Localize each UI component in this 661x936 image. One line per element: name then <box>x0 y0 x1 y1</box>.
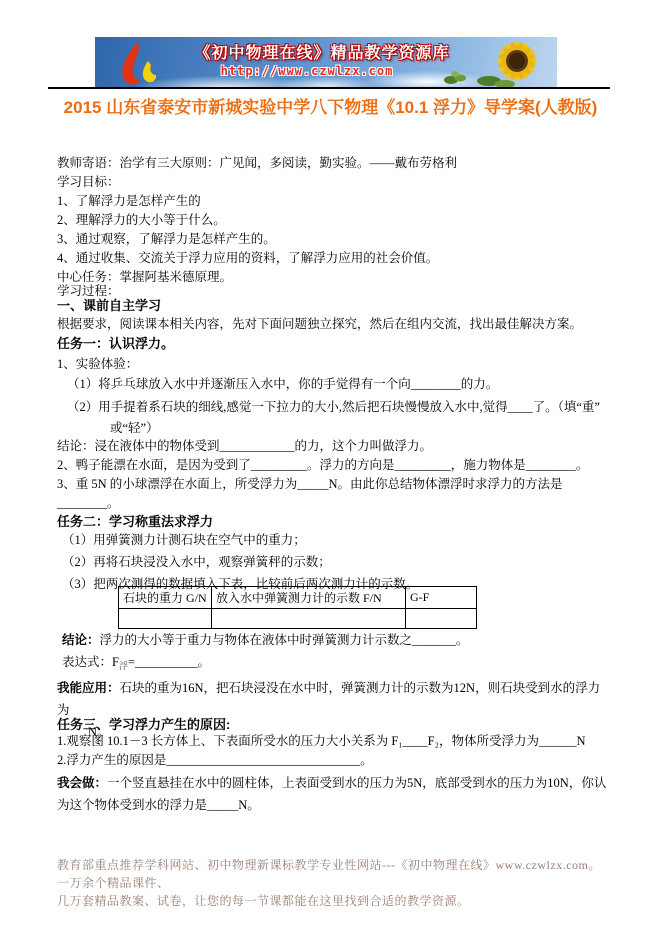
task1-q3-line2: ________。 <box>57 494 607 513</box>
table-header-weight: 石块的重力 G/N <box>119 587 212 609</box>
footer-line1: 教育部重点推荐学科网站、初中物理新课标教学专业性网站---《初中物理在线》www… <box>57 856 609 892</box>
task1-heading: 任务一：认识浮力。 <box>57 334 607 353</box>
sunflower-icon <box>471 37 555 88</box>
table-cell <box>406 609 477 629</box>
intro-block: 教师寄语：治学有三大原则：广见闻，多阅读，勤实验。——戴布劳格利 学习目标： 1… <box>57 154 607 287</box>
worksheet-page: 《初中物理在线》精品教学资源库 http://www.czwlzx.com <box>0 0 661 936</box>
table-cell <box>119 609 212 629</box>
conclusion-label: 结论： <box>62 633 100 647</box>
header-divider <box>48 87 610 89</box>
task3-do-line1: 我会做：一个竖直悬挂在水中的圆柱体，上表面受到水的压力为5N，底部受到水的压力为… <box>57 772 607 794</box>
banner-title: 《初中物理在线》精品教学资源库 <box>165 40 479 63</box>
do-label: 我会做： <box>57 776 107 790</box>
task2-step1: （1）用弹簧测力计测石块在空气中的重力； <box>57 529 607 551</box>
table-cell <box>212 609 406 629</box>
task3-do-block: 我会做：一个竖直悬挂在水中的圆柱体，上表面受到水的压力为5N，底部受到水的压力为… <box>57 772 607 816</box>
task3-do-line2: 为这个物体受到水的浮力是_____N。 <box>57 794 607 816</box>
table-row <box>119 609 477 629</box>
task1-questions: 结论：浸在液体中的物体受到____________的力，这个力叫做浮力。 2、鸭… <box>57 437 607 513</box>
buoyancy-subscript: 浮 <box>119 661 128 671</box>
task1-q2: 2、鸭子能漂在水面，是因为受到了_________。浮力的方向是________… <box>57 456 607 475</box>
plant-icon <box>443 68 469 88</box>
goal-item: 1、了解浮力是怎样产生的 <box>57 192 607 211</box>
table-header-row: 石块的重力 G/N 放入水中弹簧测力计的示数 F/N G-F <box>119 587 477 609</box>
task3-questions: 1.观察图 10.1－3 长方体上、下表面所受水的压力大小关系为 F₁____F… <box>57 732 607 770</box>
teacher-message: 教师寄语：治学有三大原则：广见闻，多阅读，勤实验。——戴布劳格利 <box>57 154 607 173</box>
table-header-reading: 放入水中弹簧测力计的示数 F/N <box>212 587 406 609</box>
goal-item: 3、通过观察，了解浮力是怎样产生的。 <box>57 230 607 249</box>
task3-q1: 1.观察图 10.1－3 长方体上、下表面所受水的压力大小关系为 F₁____F… <box>57 732 607 751</box>
apply-label: 我能应用： <box>57 681 120 695</box>
task1-item1: （1）将乒乓球放入水中并逐渐压入水中，你的手觉得有一个向________的力。 <box>57 375 617 394</box>
measurement-table: 石块的重力 G/N 放入水中弹簧测力计的示数 F/N G-F <box>118 586 477 629</box>
task1-item2-line2: 或“轻”） <box>57 418 607 439</box>
section1-block: 一、课前自主学习 根据要求，阅读课本相关内容，先对下面问题独立探究，然后在组内交… <box>57 296 607 353</box>
task2-step2: （2）再将石块浸没入水中，观察弹簧秤的示数； <box>57 551 607 573</box>
task1-conclusion: 结论：浸在液体中的物体受到____________的力，这个力叫做浮力。 <box>57 437 607 456</box>
document-title: 2015 山东省泰安市新城实验中学八下物理《10.1 浮力》导学案(人教版) <box>0 93 661 118</box>
section1-heading: 一、课前自主学习 <box>57 296 607 315</box>
task3-q2: 2.浮力产生的原因是______________________________… <box>57 751 607 770</box>
banner-url-link[interactable]: http://www.czwlzx.com <box>165 64 449 78</box>
footer: 教育部重点推荐学科网站、初中物理新课标教学专业性网站---《初中物理在线》www… <box>57 856 609 910</box>
site-banner: 《初中物理在线》精品教学资源库 http://www.czwlzx.com <box>95 37 557 88</box>
task1-item2-line1: （2）用手提着系石块的细线,感觉一下拉力的大小,然后把石块慢慢放入水中,觉得__… <box>57 397 607 418</box>
section1-intro: 根据要求，阅读课本相关内容，先对下面问题独立探究，然后在组内交流，找出最佳解决方… <box>57 315 607 334</box>
task2-expression: 表达式：F浮=__________。 <box>57 651 607 677</box>
goal-item: 2、理解浮力的大小等于什么。 <box>57 211 607 230</box>
footer-line2: 几万套精品教案、试卷，让您的每一节课都能在这里找到合适的教学资源。 <box>57 892 609 910</box>
site-logo-icon <box>117 41 161 88</box>
table-header-gf: G-F <box>406 587 477 609</box>
goal-item: 4、通过收集、交流关于浮力应用的资料，了解浮力应用的社会价值。 <box>57 249 607 268</box>
goals-heading: 学习目标： <box>57 173 607 192</box>
task1-q3-line1: 3、重 5N 的小球漂浮在水面上，所受浮力为_____N。由此你总结物体漂浮时求… <box>57 475 607 494</box>
task1-item2: （2）用手提着系石块的细线,感觉一下拉力的大小,然后把石块慢慢放入水中,觉得__… <box>57 397 607 439</box>
task2-conclusion: 结论：浮力的大小等于重力与物体在液体中时弹簧测力计示数之_______。 <box>57 629 607 651</box>
experiment-heading: 1、实验体验： <box>57 355 607 374</box>
